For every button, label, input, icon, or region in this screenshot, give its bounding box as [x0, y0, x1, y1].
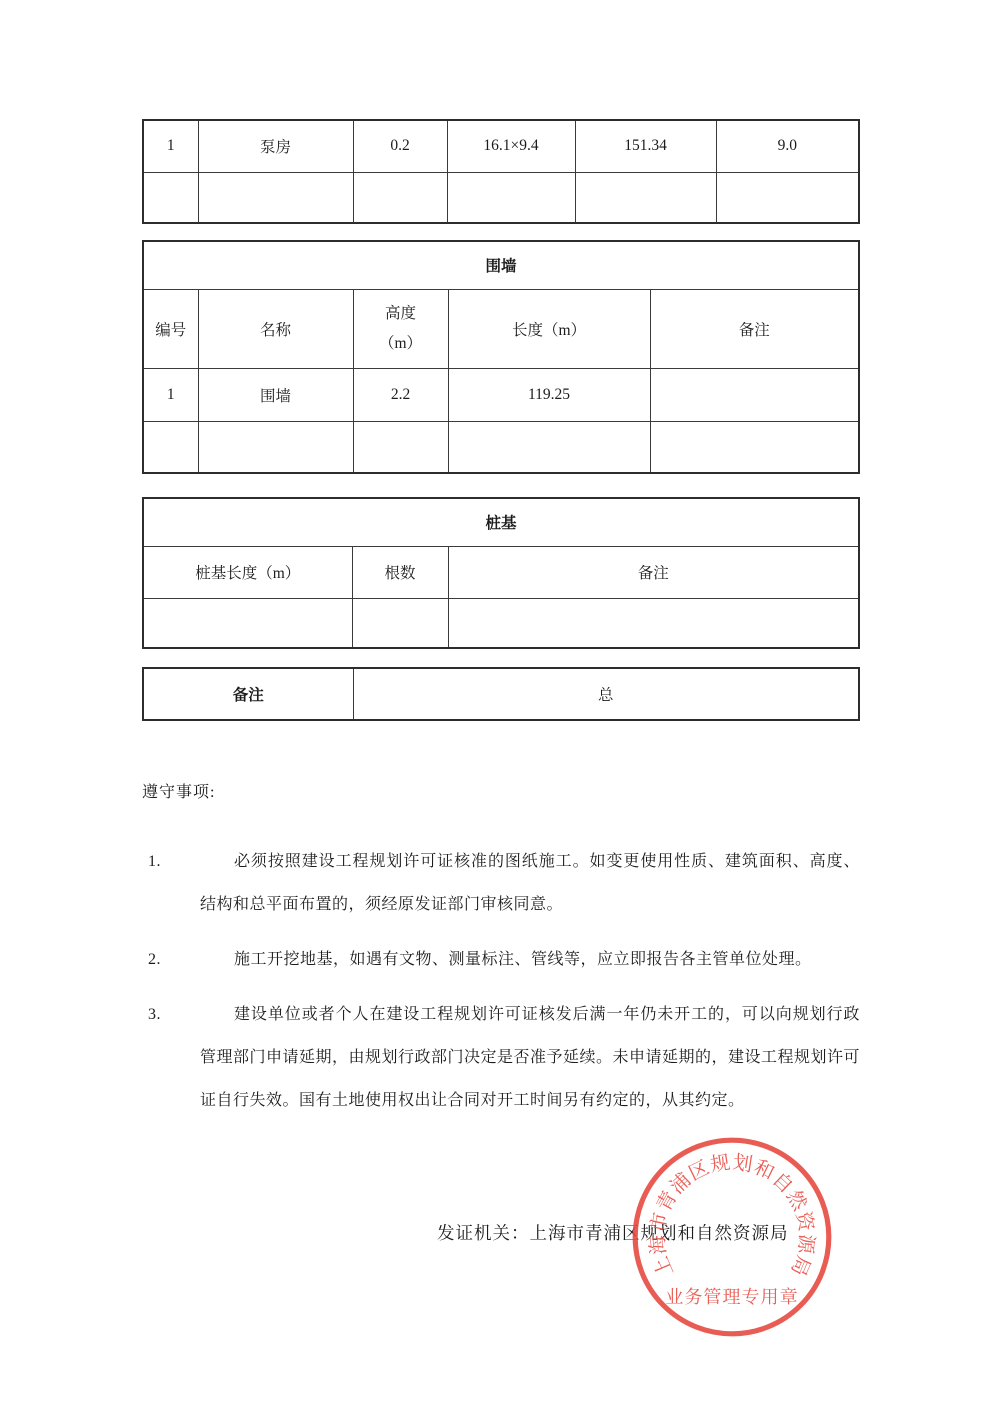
table-row: 备注 总	[143, 668, 859, 720]
col-header-height: 高度 （m）	[353, 289, 448, 368]
seal-arc-text: 上海市青浦区规划和自然资源局	[646, 1152, 817, 1280]
compliance-notes: 遵守事项: 1. 必须按照建设工程规划许可证核准的图纸施工。如变更使用性质、建筑…	[142, 780, 860, 1134]
note-text: 建设单位或者个人在建设工程规划许可证核发后满一年仍未开工的，可以向规划行政管理部…	[200, 993, 860, 1122]
building-dimensions: 16.1×9.4	[447, 120, 575, 172]
col-header-name: 名称	[198, 289, 353, 368]
wall-no: 1	[143, 368, 198, 421]
note-item-1: 1. 必须按照建设工程规划许可证核准的图纸施工。如变更使用性质、建筑面积、高度、…	[142, 840, 860, 926]
table-row	[143, 172, 859, 223]
col-header-remark: 备注	[650, 289, 859, 368]
table-row: 1 围墙 2.2 119.25	[143, 368, 859, 421]
table-row: 桩基	[143, 498, 859, 546]
pile-table: 桩基 桩基长度（m） 根数 备注	[142, 497, 860, 649]
col-header-length: 长度（m）	[448, 289, 650, 368]
wall-table: 围墙 编号 名称 高度 （m） 长度（m） 备注 1 围墙 2.2 119.25	[142, 240, 860, 474]
table-row: 围墙	[143, 241, 859, 289]
col-header-pile-count: 根数	[352, 546, 448, 598]
remark-table: 备注 总	[142, 667, 860, 721]
wall-height: 2.2	[353, 368, 448, 421]
remark-label: 备注	[143, 668, 353, 720]
table-header-row: 编号 名称 高度 （m） 长度（m） 备注	[143, 289, 859, 368]
table-row	[143, 421, 859, 473]
note-number: 1.	[148, 840, 161, 883]
issuing-authority-label: 发证机关：	[437, 1223, 530, 1243]
wall-length: 119.25	[448, 368, 650, 421]
building-no: 1	[143, 120, 198, 172]
seal-bottom-text: 业务管理专用章	[665, 1287, 798, 1307]
issuing-authority-name: 上海市青浦区规划和自然资源局	[530, 1223, 789, 1243]
note-text: 必须按照建设工程规划许可证核准的图纸施工。如变更使用性质、建筑面积、高度、结构和…	[200, 840, 860, 926]
building-table: 1 泵房 0.2 16.1×9.4 151.34 9.0	[142, 119, 860, 224]
col-header-no: 编号	[143, 289, 198, 368]
pile-table-title: 桩基	[143, 498, 859, 546]
wall-name: 围墙	[198, 368, 353, 421]
notes-heading: 遵守事项:	[142, 780, 860, 806]
col-header-pile-remark: 备注	[448, 546, 859, 598]
note-number: 2.	[148, 938, 161, 981]
permit-document-page: 1 泵房 0.2 16.1×9.4 151.34 9.0 围墙 编号 名称 高度	[0, 0, 992, 1403]
note-item-3: 3. 建设单位或者个人在建设工程规划许可证核发后满一年仍未开工的，可以向规划行政…	[142, 993, 860, 1122]
table-row	[143, 598, 859, 648]
note-number: 3.	[148, 993, 161, 1036]
building-height: 9.0	[716, 120, 859, 172]
remark-value: 总	[353, 668, 859, 720]
issuing-authority-line: 发证机关：上海市青浦区规划和自然资源局	[437, 1220, 789, 1245]
wall-remark	[650, 368, 859, 421]
building-area: 151.34	[575, 120, 716, 172]
wall-table-title: 围墙	[143, 241, 859, 289]
note-item-2: 2. 施工开挖地基，如遇有文物、测量标注、管线等，应立即报告各主管单位处理。	[142, 938, 860, 981]
building-col3: 0.2	[353, 120, 447, 172]
note-text: 施工开挖地基，如遇有文物、测量标注、管线等，应立即报告各主管单位处理。	[200, 938, 860, 981]
table-row: 1 泵房 0.2 16.1×9.4 151.34 9.0	[143, 120, 859, 172]
table-header-row: 桩基长度（m） 根数 备注	[143, 546, 859, 598]
building-name: 泵房	[198, 120, 353, 172]
col-header-pile-length: 桩基长度（m）	[143, 546, 352, 598]
